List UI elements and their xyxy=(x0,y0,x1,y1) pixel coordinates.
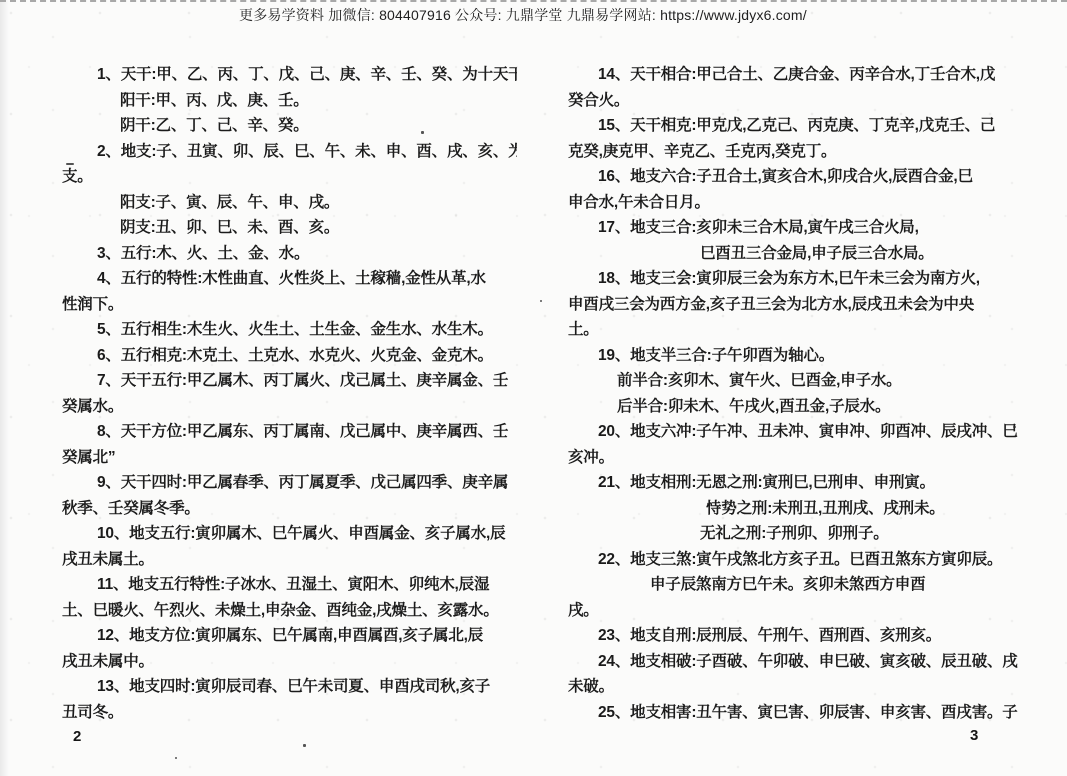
text-line: 巳酉丑三合金局,申子辰三合水局。 xyxy=(568,241,1020,267)
text-line: 25、地支相害:丑午害、寅巳害、卯辰害、申亥害、酉戌害。子 xyxy=(568,700,1020,726)
text-line: 前半合:亥卯木、寅午火、巳酉金,申子水。 xyxy=(568,368,1020,394)
scan-speck xyxy=(175,757,177,759)
text-line: 性润下。 xyxy=(62,292,517,318)
left-page: 1、天干:甲、乙、丙、丁、戊、己、庚、辛、壬、癸、为十天干。阳干:甲、丙、戊、庚… xyxy=(62,62,517,730)
watermark-header-text: 更多易学资料 加微信: 804407916 公众号: 九鼎学堂 九鼎易学网站: … xyxy=(239,5,807,25)
scan-speck xyxy=(303,744,306,747)
text-line: 23、地支自刑:辰刑辰、午刑午、酉刑酉、亥刑亥。 xyxy=(568,623,1020,649)
text-line: 9、天干四时:甲乙属春季、丙丁属夏季、戊己属四季、庚辛属 xyxy=(62,470,517,496)
text-line: 恃势之刑:未刑丑,丑刑戌、戌刑未。 xyxy=(568,496,1020,522)
text-line: 14、天干相合:甲己合土、乙庚合金、丙辛合水,丁壬合木,戊 xyxy=(568,62,1020,88)
text-line: 16、地支六合:子丑合土,寅亥合木,卯戌合火,辰酉合金,巳 xyxy=(568,164,1020,190)
text-line: 申酉戌三会为西方金,亥子丑三会为北方水,辰戌丑未会为中央 xyxy=(568,292,1020,318)
text-line: 20、地支六冲:子午冲、丑未冲、寅申冲、卯酉冲、辰戌冲、巳 xyxy=(568,419,1020,445)
scan-speck xyxy=(1013,426,1016,428)
text-line: 戌丑未属中。 xyxy=(62,649,517,675)
text-line: 癸属水。 xyxy=(62,394,517,420)
text-line: 克癸,庚克甲、辛克乙、壬克丙,癸克丁。 xyxy=(568,139,1020,165)
scan-speck xyxy=(421,131,424,134)
scan-speck xyxy=(540,300,542,302)
text-line: 秋季、壬癸属冬季。 xyxy=(62,496,517,522)
text-line: 5、五行相生:木生火、火生土、土生金、金生水、水生木。 xyxy=(62,317,517,343)
scan-speck xyxy=(66,163,74,165)
text-line: 2、地支:子、丑寅、卯、辰、巳、午、未、申、酉、戌、亥、为十二地 xyxy=(62,139,517,165)
right-page-number: 3 xyxy=(970,727,978,744)
text-line: 11、地支五行特性:子冰水、丑湿土、寅阳木、卯纯木,辰湿 xyxy=(62,572,517,598)
text-line: 申合水,午未合日月。 xyxy=(568,190,1020,216)
text-line: 未破。 xyxy=(568,674,1020,700)
text-line: 15、天干相克:甲克戊,乙克己、丙克庚、丁克辛,戊克壬、己 xyxy=(568,113,1020,139)
text-line: 1、天干:甲、乙、丙、丁、戊、己、庚、辛、壬、癸、为十天干。 xyxy=(62,62,517,88)
text-line: 18、地支三会:寅卯辰三会为东方木,巳午未三会为南方火, xyxy=(568,266,1020,292)
text-line: 癸属北” xyxy=(62,445,517,471)
text-line: 13、地支四时:寅卯辰司春、巳午未司夏、申酉戌司秋,亥子 xyxy=(62,674,517,700)
text-line: 10、地支五行:寅卯属木、巳午属火、申酉属金、亥子属水,辰 xyxy=(62,521,517,547)
text-line: 24、地支相破:子酉破、午卯破、申巳破、寅亥破、辰丑破、戌 xyxy=(568,649,1020,675)
text-line: 戌丑未属土。 xyxy=(62,547,517,573)
text-line: 19、地支半三合:子午卯酉为轴心。 xyxy=(568,343,1020,369)
top-dashed-cut-line xyxy=(0,0,1067,2)
text-line: 4、五行的特性:木性曲直、火性炎上、土稼穑,金性从革,水 xyxy=(62,266,517,292)
text-line: 阴干:乙、丁、己、辛、癸。 xyxy=(62,113,517,139)
left-page-text: 1、天干:甲、乙、丙、丁、戊、己、庚、辛、壬、癸、为十天干。阳干:甲、丙、戊、庚… xyxy=(62,62,517,725)
text-line: 戌。 xyxy=(568,598,1020,624)
text-line: 22、地支三煞:寅午戌煞北方亥子丑。巳酉丑煞东方寅卯辰。 xyxy=(568,547,1020,573)
text-line: 12、地支方位:寅卯属东、巳午属南,申酉属酉,亥子属北,辰 xyxy=(62,623,517,649)
text-line: 阴支:丑、卯、巳、未、酉、亥。 xyxy=(62,215,517,241)
text-line: 8、天干方位:甲乙属东、丙丁属南、戊己属中、庚辛属西、壬 xyxy=(62,419,517,445)
right-page-text: 14、天干相合:甲己合土、乙庚合金、丙辛合水,丁壬合木,戊癸合火。15、天干相克… xyxy=(568,62,1020,725)
text-line: 21、地支相刑:无恩之刑:寅刑巳,巳刑申、申刑寅。 xyxy=(568,470,1020,496)
text-line: 阳支:子、寅、辰、午、申、戌。 xyxy=(62,190,517,216)
text-line: 7、天干五行:甲乙属木、丙丁属火、戊己属土、庚辛属金、壬 xyxy=(62,368,517,394)
left-page-number: 2 xyxy=(73,728,81,745)
text-line: 土。 xyxy=(568,317,1020,343)
scanned-book-spread: 更多易学资料 加微信: 804407916 公众号: 九鼎学堂 九鼎易学网站: … xyxy=(0,0,1067,776)
text-line: 阳干:甲、丙、戊、庚、壬。 xyxy=(62,88,517,114)
text-line: 后半合:卯未木、午戌火,酉丑金,子辰水。 xyxy=(568,394,1020,420)
text-line: 无礼之刑:子刑卯、卯刑子。 xyxy=(568,521,1020,547)
text-line: 亥冲。 xyxy=(568,445,1020,471)
text-line: 土、巳暖火、午烈火、未燥土,申杂金、酉纯金,戌燥土、亥露水。 xyxy=(62,598,517,624)
text-line: 6、五行相克:木克土、土克水、水克火、火克金、金克木。 xyxy=(62,343,517,369)
text-line: 丑司冬。 xyxy=(62,700,517,726)
text-line: 癸合火。 xyxy=(568,88,1020,114)
text-line: 3、五行:木、火、土、金、水。 xyxy=(62,241,517,267)
text-line: 申子辰煞南方巳午未。亥卯未煞西方申酉 xyxy=(568,572,1020,598)
text-line: 17、地支三合:亥卯未三合木局,寅午戌三合火局, xyxy=(568,215,1020,241)
text-line: 支。 xyxy=(62,164,517,190)
right-page: 14、天干相合:甲己合土、乙庚合金、丙辛合水,丁壬合木,戊癸合火。15、天干相克… xyxy=(568,62,1020,730)
